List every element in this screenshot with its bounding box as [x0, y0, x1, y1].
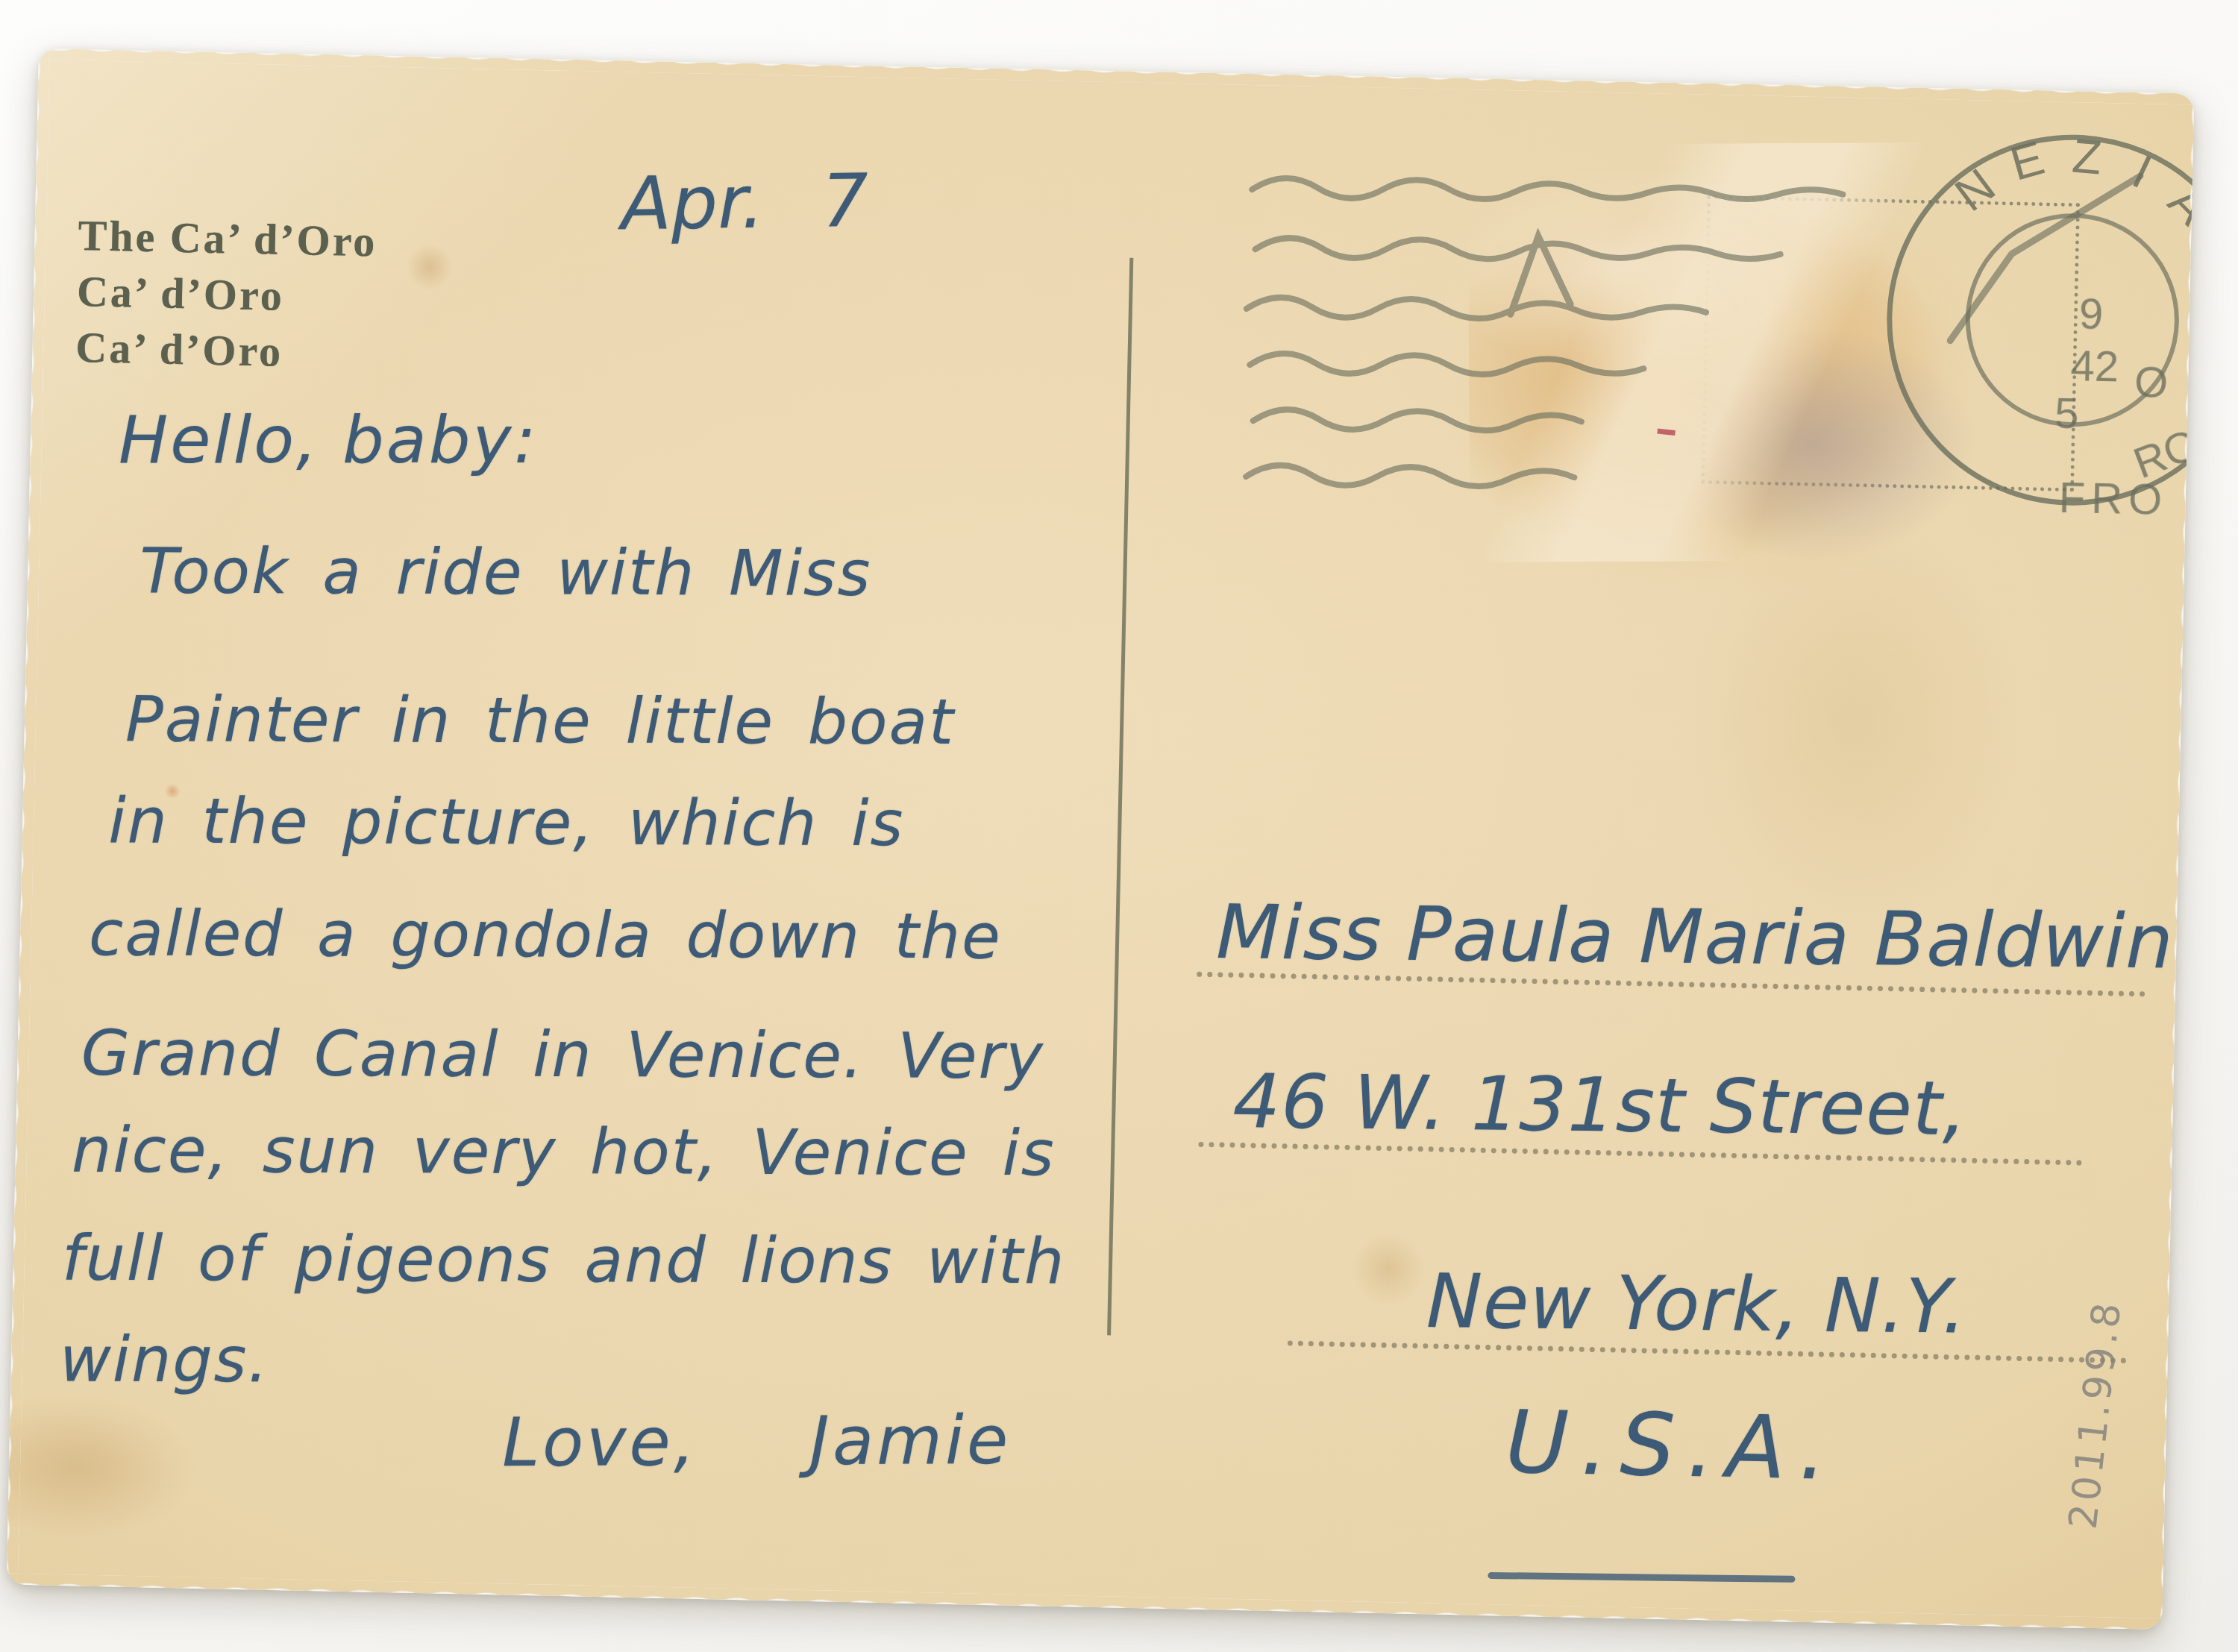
caption-line: Ca’ d’Oro	[75, 319, 375, 381]
cancel-wave	[1252, 177, 1843, 209]
postmark-mark: 5	[2054, 389, 2080, 439]
caption-line: Ca’ d’Oro	[76, 263, 376, 325]
cancel-wave	[1250, 352, 1643, 380]
message-signoff: Love,Jamie	[502, 1401, 1012, 1483]
address-rule-2: 46 W. 131st Street,	[1198, 1000, 2085, 1166]
cancel-wave	[1255, 236, 1780, 267]
postmark-venezia: N E Z I A 9 42 5 O RO FRO	[1833, 87, 2195, 618]
divider-line	[1107, 258, 1133, 1336]
address-line-1: Miss Paula Maria Baldwin	[1216, 888, 2175, 987]
message-line: in the picture, which is	[108, 784, 904, 860]
message-line: wings.	[60, 1322, 269, 1396]
address-line-2: 46 W. 131st Street,	[1232, 1058, 1967, 1154]
message-line: Grand Canal in Venice. Very	[81, 1017, 1044, 1093]
postmark-arc-letter: A	[2158, 175, 2194, 235]
address-line-4: U.S.A.	[1505, 1392, 1840, 1500]
usa-underline	[1488, 1572, 1795, 1583]
postmark-bottom-text: FRO	[2058, 474, 2169, 524]
message-line: called a gondola down the	[89, 896, 1002, 973]
postmark-arc-letter: Z	[2070, 128, 2104, 184]
message-line: nice, sun very hot, Venice is	[72, 1114, 1056, 1190]
cancel-wave	[1246, 463, 1574, 490]
cancel-wave	[1247, 295, 1706, 324]
signature: Jamie	[809, 1401, 1011, 1480]
message-line: full of pigeons and lions with	[62, 1222, 1066, 1298]
deckle-edge-bottom	[7, 1574, 2163, 1630]
postmark-arc-letter: N	[1945, 158, 2005, 222]
postmark-mark: 42	[2070, 342, 2119, 391]
message-greeting: Hello, baby:	[119, 401, 538, 478]
address-line-3: New York, N.Y.	[1426, 1257, 1967, 1352]
date-note: Apr. 7	[621, 159, 869, 248]
message-line: Took a ride with Miss	[140, 535, 871, 610]
deckle-edge-left	[7, 48, 50, 1585]
address-rule-1: Miss Paula Maria Baldwin	[1197, 830, 2148, 997]
postmark-mark: O	[2134, 358, 2168, 407]
postcard: The Ca’ d’Oro Ca’ d’Oro Ca’ d’Oro Apr. 7	[7, 48, 2195, 1630]
address-rule-3: New York, N.Y.	[1288, 1197, 2130, 1363]
message-line: Painter in the little boat	[125, 682, 955, 759]
signoff-word: Love,	[502, 1403, 698, 1482]
printed-caption: The Ca’ d’Oro Ca’ d’Oro Ca’ d’Oro	[75, 207, 378, 381]
scanned-postcard-back: The Ca’ d’Oro Ca’ d’Oro Ca’ d’Oro Apr. 7	[0, 0, 2238, 1652]
caption-line: The Ca’ d’Oro	[78, 207, 377, 269]
postmark-mark: 9	[2078, 289, 2104, 339]
cancel-wave	[1253, 408, 1582, 435]
